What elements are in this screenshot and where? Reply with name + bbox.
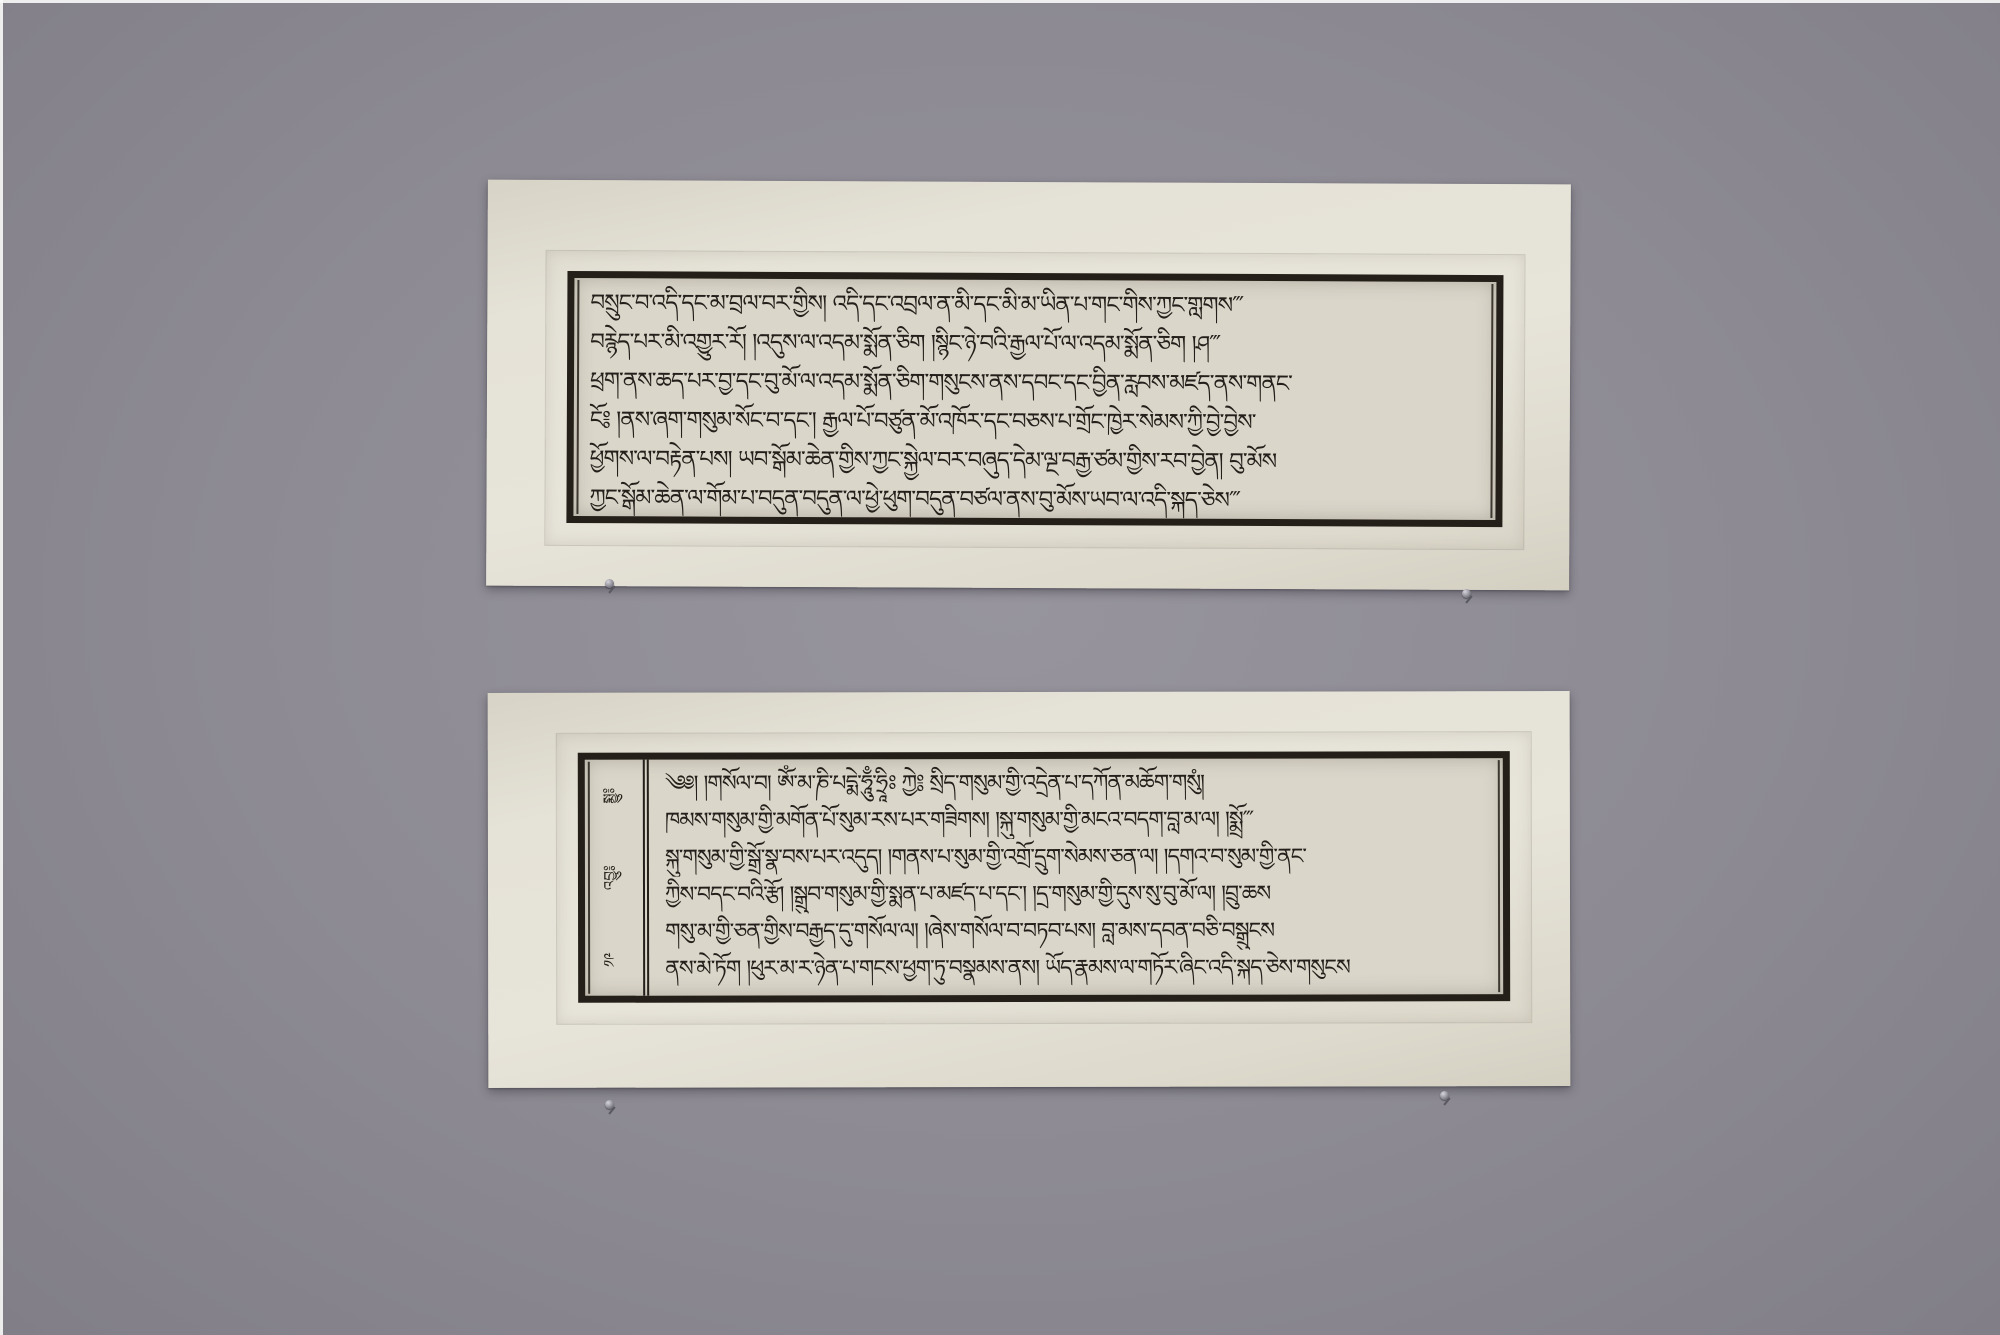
tibetan-text-line: ཁམས་གསུམ་གྱི་མགོན་པོ་སུམ་རས་པར་གཟིགས། །ས… [665, 801, 1489, 839]
margin-note: ༡༩ [588, 952, 640, 967]
tibetan-text-line: ༄༅། །གསོལ་བ། ཨོཾ་མ་ཎི་པདྨེ་ཧཱུྃ་ཧྲཱིཿ ཀྱ… [665, 764, 1489, 802]
tibetan-text-line: ངོ༔ །ནས་ཞག་གསུམ་སོང་བ་དང་། རྒྱལ་པོ་བཙུན་… [590, 401, 1482, 444]
tibetan-text-line: བསྲུང་བ་འདི་དང་མ་བྲལ་བར་གྱིས། འདི་དང་འབྲ… [590, 284, 1482, 327]
tibetan-text-line: གསུ་མ་གྱི་ཅན་གྱིས་བརྒྱད་དུ་གསོལ་ལ། །ཞེས་… [665, 912, 1489, 950]
upper-folio-text-column: བསྲུང་བ་འདི་དང་མ་བྲལ་བར་གྱིས། འདི་དང་འབྲ… [573, 278, 1496, 520]
upper-folio-paper: བསྲུང་བ་འདི་དང་མ་བྲལ་བར་གྱིས། འདི་དང་འབྲ… [486, 180, 1571, 591]
tibetan-text-line: ཀྱིས་བདང་བའི་རྩོ། །སྒྲུབ་གསུམ་གྱི་སྨན་པ་… [665, 875, 1489, 913]
tibetan-text-line: ནས་མེ་ཏོག །ཕུར་མ་ར་ཉེན་པ་གངས་ཕྱག་ཏུ་བསྣམ… [665, 949, 1489, 987]
tibetan-text-line: བརྙེད་པར་མི་འགྱུར་རོ། །འདུས་ལ་འདམ་སྨོན་ཅ… [590, 323, 1482, 366]
photo-edge-highlight-top [0, 0, 2000, 3]
tibetan-text-line: ཕྱོགས་ལ་བརྟེན་པས། ཡབ་སྒོམ་ཆེན་གྱིས་ཀྱང་ས… [590, 440, 1482, 483]
tibetan-text-line: སྐུ་གསུམ་གྱི་སྒྲོ་སྣ་བས་པར་འདུད། །གནས་པ་… [665, 838, 1489, 876]
margin-note: འབྱུ༔ [588, 865, 640, 890]
margin-note: སྨྱུ༔ [588, 788, 640, 804]
photo-edge-highlight-left [0, 0, 3, 1335]
lower-folio-margin-column: སྨྱུ༔ འབྱུ༔ ༡༩ [585, 760, 649, 996]
mounting-pin [1440, 1091, 1452, 1105]
tibetan-text-line: ཕྲག་ནས་ཆད་པར་བྱ་དང་བུ་མོ་ལ་འདམ་སྨོན་ཅིག་… [590, 362, 1482, 405]
mounting-pin [605, 579, 617, 593]
mounting-pin [605, 1100, 617, 1114]
mounting-pin [1462, 589, 1474, 603]
tibetan-text-line: ཀྱང་སྒོམ་ཆེན་ལ་གོམ་པ་བདུན་བདུན་ལ་ཕྱེ་ཕུག… [589, 479, 1481, 520]
lower-folio-paper: སྨྱུ༔ འབྱུ༔ ༡༩ ༄༅། །གསོལ་བ། ཨོཾ་མ་ཎི་པདྨ… [488, 691, 1571, 1088]
lower-folio-text-column: ༄༅། །གསོལ་བ། ཨོཾ་མ་ཎི་པདྨེ་ཧཱུྃ་ཧྲཱིཿ ཀྱ… [649, 758, 1503, 995]
lower-folio-printed-block: སྨྱུ༔ འབྱུ༔ ༡༩ ༄༅། །གསོལ་བ། ཨོཾ་མ་ཎི་པདྨ… [578, 751, 1510, 1003]
upper-folio-printed-block: བསྲུང་བ་འདི་དང་མ་བྲལ་བར་གྱིས། འདི་དང་འབྲ… [566, 271, 1503, 527]
photo-background: { "photo": { "background_color": "#8d8a9… [0, 0, 2000, 1335]
